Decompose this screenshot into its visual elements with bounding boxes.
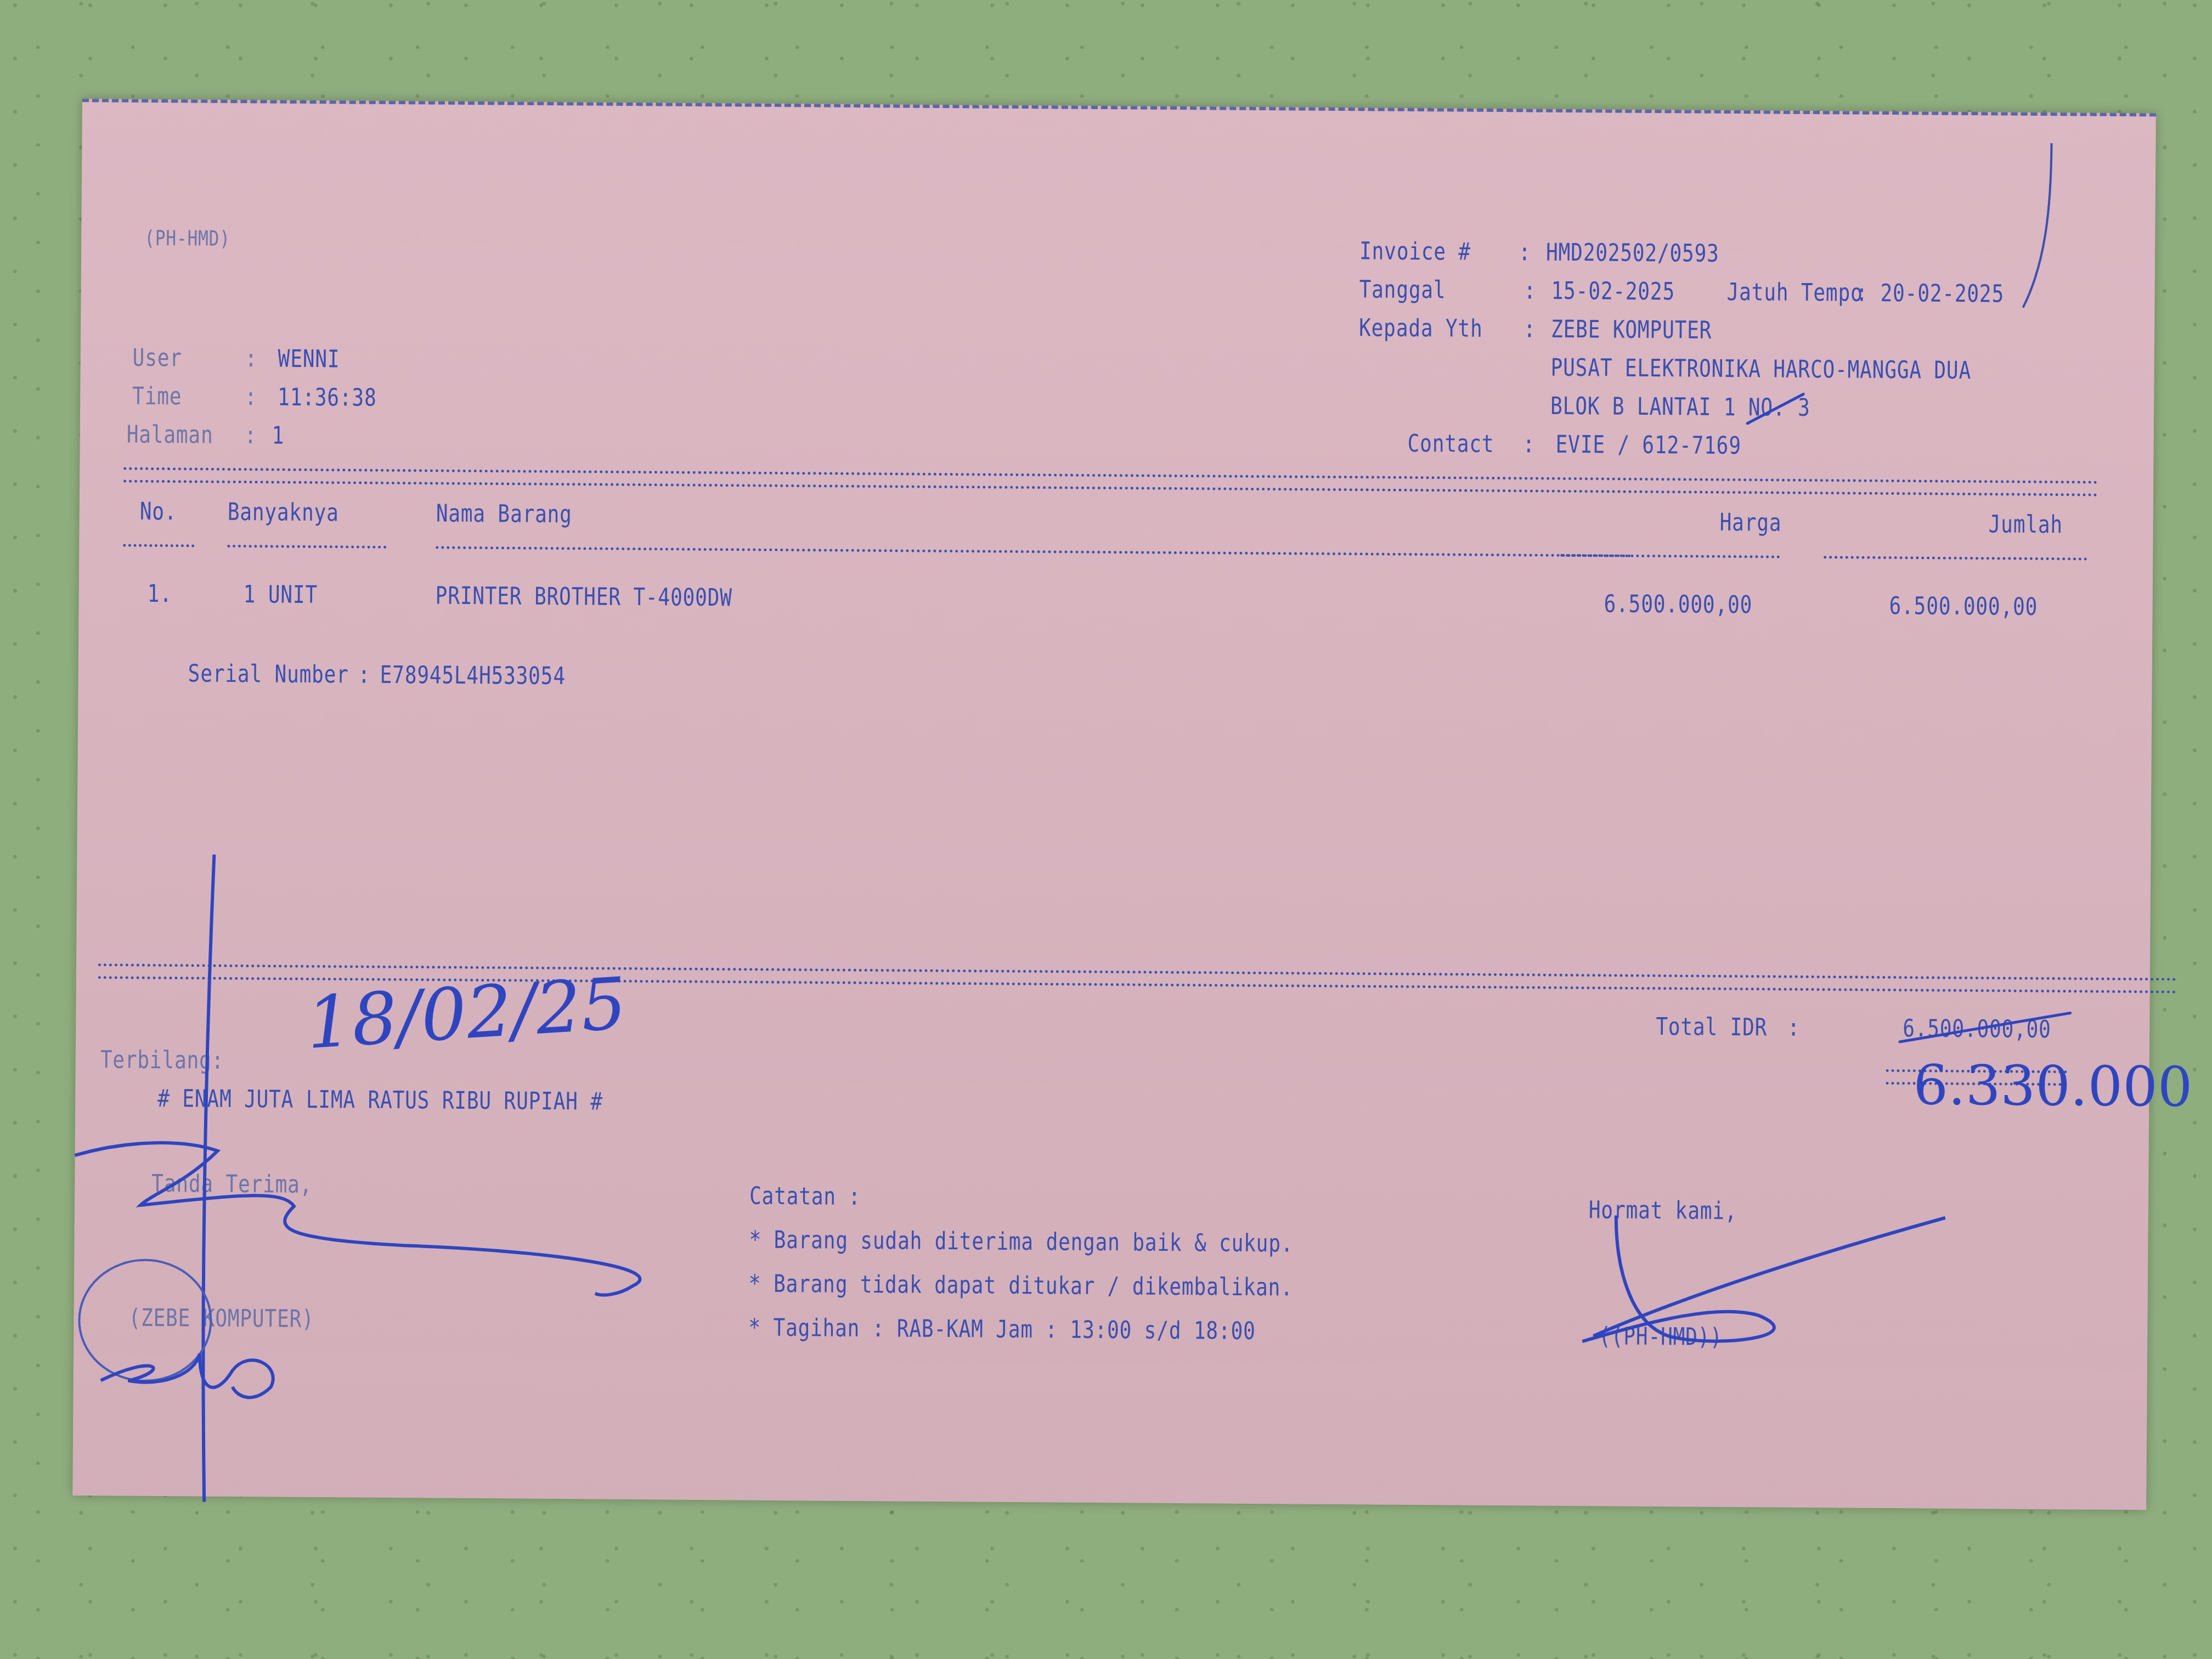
col-qty-underline (227, 545, 386, 549)
time-label: Time (132, 382, 182, 411)
row-amount: 6.500.000,00 (1889, 592, 2038, 621)
row-price: 6.500.000,00 (1604, 590, 1752, 619)
total-colon: : (1787, 1014, 1800, 1042)
note-1: * Barang sudah diterima dengan baik & cu… (749, 1226, 1293, 1258)
company-code: (PH-HMD) (144, 226, 230, 251)
invoice-colon: : (1519, 238, 1531, 266)
user-value: WENNI (278, 345, 340, 374)
col-price-underline (1560, 554, 1780, 558)
time-value: 11:36:38 (278, 383, 377, 412)
date-colon: : (1523, 276, 1536, 304)
col-item-underline (436, 546, 1632, 557)
to-address-1: PUSAT ELEKTRONIKA HARCO-MANGGA DUA (1550, 354, 1971, 385)
to-colon: : (1523, 315, 1536, 343)
invoice-label: Invoice # (1359, 237, 1471, 266)
serial-colon: : (358, 661, 371, 689)
due-label: Jatuh Tempo (1726, 278, 1863, 307)
page-label: Halaman (127, 421, 213, 449)
col-price: Harga (1720, 509, 1782, 537)
sender-signature-icon (1582, 1204, 2022, 1372)
invoice-paper: (PH-HMD) User : WENNI Time : 11:36:38 Ha… (72, 99, 2156, 1510)
receiver-signature-icon (72, 843, 736, 1533)
row-no: 1. (148, 580, 172, 608)
serial-value: E78945L4H533054 (380, 661, 566, 690)
to-address-2: BLOK B LANTAI 1 NO. 3 (1550, 392, 1810, 422)
to-label: Kepada Yth (1359, 314, 1483, 343)
invoice-number: HMD202502/0593 (1546, 239, 1719, 268)
row-item: PRINTER BROTHER T-4000DW (436, 582, 732, 612)
page-value: 1 (272, 421, 285, 449)
col-amount: Jumlah (1988, 510, 2063, 539)
margin-mark-icon (2006, 143, 2074, 363)
user-colon: : (245, 345, 258, 373)
notes-label: Catatan : (749, 1182, 861, 1211)
due-value: 20-02-2025 (1880, 279, 2004, 308)
time-colon: : (245, 383, 257, 411)
col-amount-underline (1824, 556, 2087, 560)
page-colon: : (245, 421, 257, 449)
date-label: Tanggal (1359, 275, 1446, 304)
col-no-underline (123, 544, 194, 548)
serial-label: Serial Number (188, 659, 349, 689)
col-no: No. (140, 498, 177, 526)
contact-label: Contact (1407, 430, 1494, 458)
note-2: * Barang tidak dapat ditukar / dikembali… (749, 1270, 1293, 1302)
date-value: 15-02-2025 (1551, 277, 1675, 306)
col-item: Nama Barang (436, 500, 572, 529)
to-name: ZEBE KOMPUTER (1551, 315, 1712, 345)
contact-colon: : (1522, 430, 1535, 458)
due-colon: : (1855, 279, 1868, 307)
contact-value: EVIE / 612-7169 (1555, 431, 1741, 460)
col-qty: Banyaknya (228, 498, 339, 527)
note-3: * Tagihan : RAB-KAM Jam : 13:00 s/d 18:0… (748, 1314, 1256, 1345)
header-separator (123, 467, 2098, 496)
user-label: User (133, 344, 183, 373)
total-label: Total IDR (1656, 1013, 1767, 1041)
handwritten-total: 6.330.000 (1913, 1053, 2193, 1119)
row-qty: 1 UNIT (244, 580, 318, 609)
